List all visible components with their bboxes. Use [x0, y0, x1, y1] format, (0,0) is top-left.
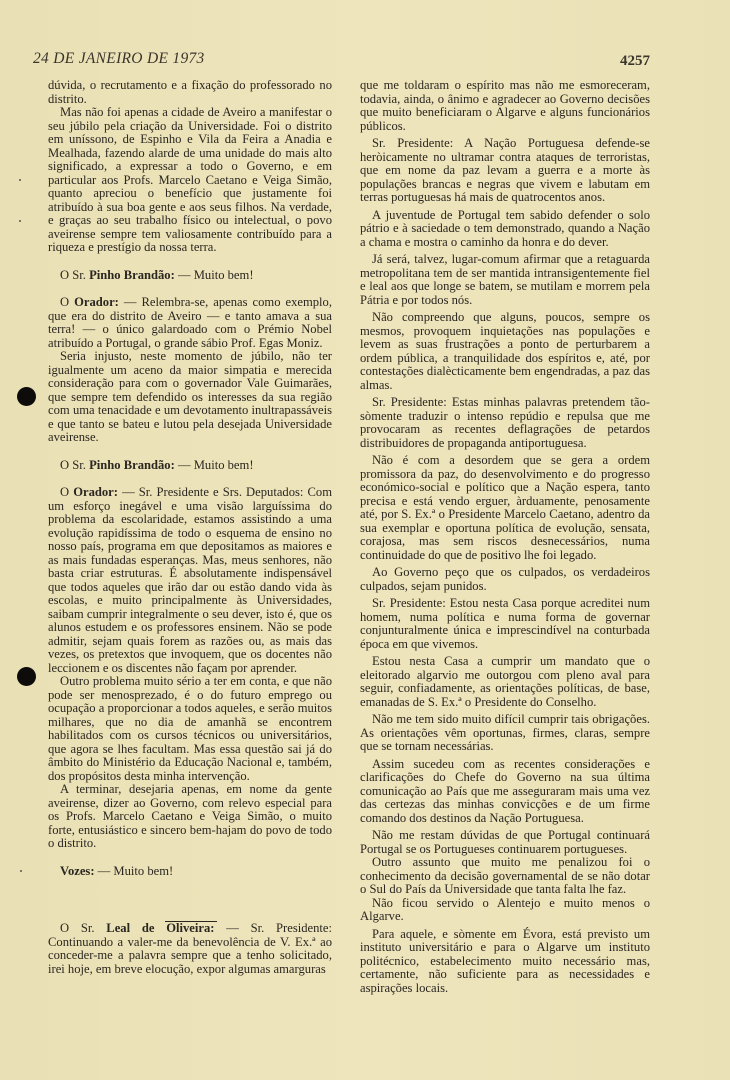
speaker-prefix: O Sr. [60, 268, 86, 282]
page-number: 4257 [620, 53, 650, 70]
left-column: dúvida, o recrutamento e a fixação do pr… [48, 79, 332, 976]
paragraph: Não ficou servido o Alentejo e muito men… [360, 897, 650, 924]
speaker-name: Vozes: [60, 864, 95, 878]
section-separator [165, 921, 217, 922]
paragraph: Sr. Presidente: Estou nesta Casa porque … [360, 597, 650, 651]
interjection: O Sr. Pinho Brandão: — Muito bem! [48, 269, 332, 283]
speaker-name: Orador: [74, 295, 119, 309]
speaker-prefix: O [60, 295, 69, 309]
speech-text: — Muito bem! [178, 268, 254, 282]
interjection: Vozes: — Muito bem! [48, 865, 332, 879]
speech: O Orador: — Sr. Presidente e Srs. Deputa… [48, 486, 332, 675]
speech-text: — Muito bem! [178, 458, 254, 472]
speech: O Orador: — Relembra-se, apenas como exe… [48, 296, 332, 350]
paragraph: Assim sucedeu com as recentes consideraç… [360, 758, 650, 826]
paragraph: dúvida, o recrutamento e a fixação do pr… [48, 79, 332, 106]
paragraph: A terminar, desejaria apenas, em nome da… [48, 783, 332, 851]
running-head-date: 24 DE JANEIRO DE 1973 [33, 50, 205, 68]
speaker-prefix: O [60, 485, 69, 499]
paragraph: Sr. Presidente: A Nação Portuguesa defen… [360, 137, 650, 205]
paragraph: Outro problema muito sério a ter em cont… [48, 675, 332, 783]
speaker-name: Orador: [73, 485, 118, 499]
paragraph: Não compreendo que alguns, poucos, sempr… [360, 311, 650, 392]
speech-text: — Sr. Presidente e Srs. Deputados: Com u… [48, 485, 332, 675]
speaker-name: Pinho Brandão: [89, 268, 175, 282]
paragraph: Outro assunto que muito me penalizou foi… [360, 856, 650, 897]
paragraph: Seria injusto, neste momento de júbilo, … [48, 350, 332, 445]
punch-hole-icon [17, 667, 36, 686]
speck [19, 220, 21, 222]
paragraph: Mas não foi apenas a cidade de Aveiro a … [48, 106, 332, 255]
paragraph: que me toldaram o espírito mas não me es… [360, 79, 650, 133]
paragraph: Não me tem sido muito difícil cumprir ta… [360, 713, 650, 754]
speaker-name: Pinho Brandão: [89, 458, 175, 472]
paragraph: Sr. Presidente: Estas minhas palavras pr… [360, 396, 650, 450]
document-page: 24 DE JANEIRO DE 1973 4257 dúvida, o rec… [0, 0, 730, 1080]
paragraph: Já será, talvez, lugar-comum afirmar que… [360, 253, 650, 307]
speaker-prefix: O Sr. [60, 458, 86, 472]
speck [20, 870, 22, 872]
paragraph: Ao Governo peço que os culpados, os verd… [360, 566, 650, 593]
speech: O Sr. Leal de Oliveira: — Sr. Presidente… [48, 922, 332, 976]
interjection: O Sr. Pinho Brandão: — Muito bem! [48, 459, 332, 473]
paragraph: Estou nesta Casa a cumprir um mandato qu… [360, 655, 650, 709]
speaker-name: Leal de Oliveira: [106, 921, 214, 935]
speaker-prefix: O Sr. [60, 921, 95, 935]
paragraph: Para aquele, e sòmente em Évora, está pr… [360, 928, 650, 996]
paragraph: A juventude de Portugal tem sabido defen… [360, 209, 650, 250]
speck [19, 179, 21, 181]
speech-text: — Muito bem! [98, 864, 174, 878]
punch-hole-icon [17, 387, 36, 406]
right-column: que me toldaram o espírito mas não me es… [360, 79, 650, 995]
paragraph: Não me restam dúvidas de que Portugal co… [360, 829, 650, 856]
paragraph: Não é com a desordem que se gera a ordem… [360, 454, 650, 562]
